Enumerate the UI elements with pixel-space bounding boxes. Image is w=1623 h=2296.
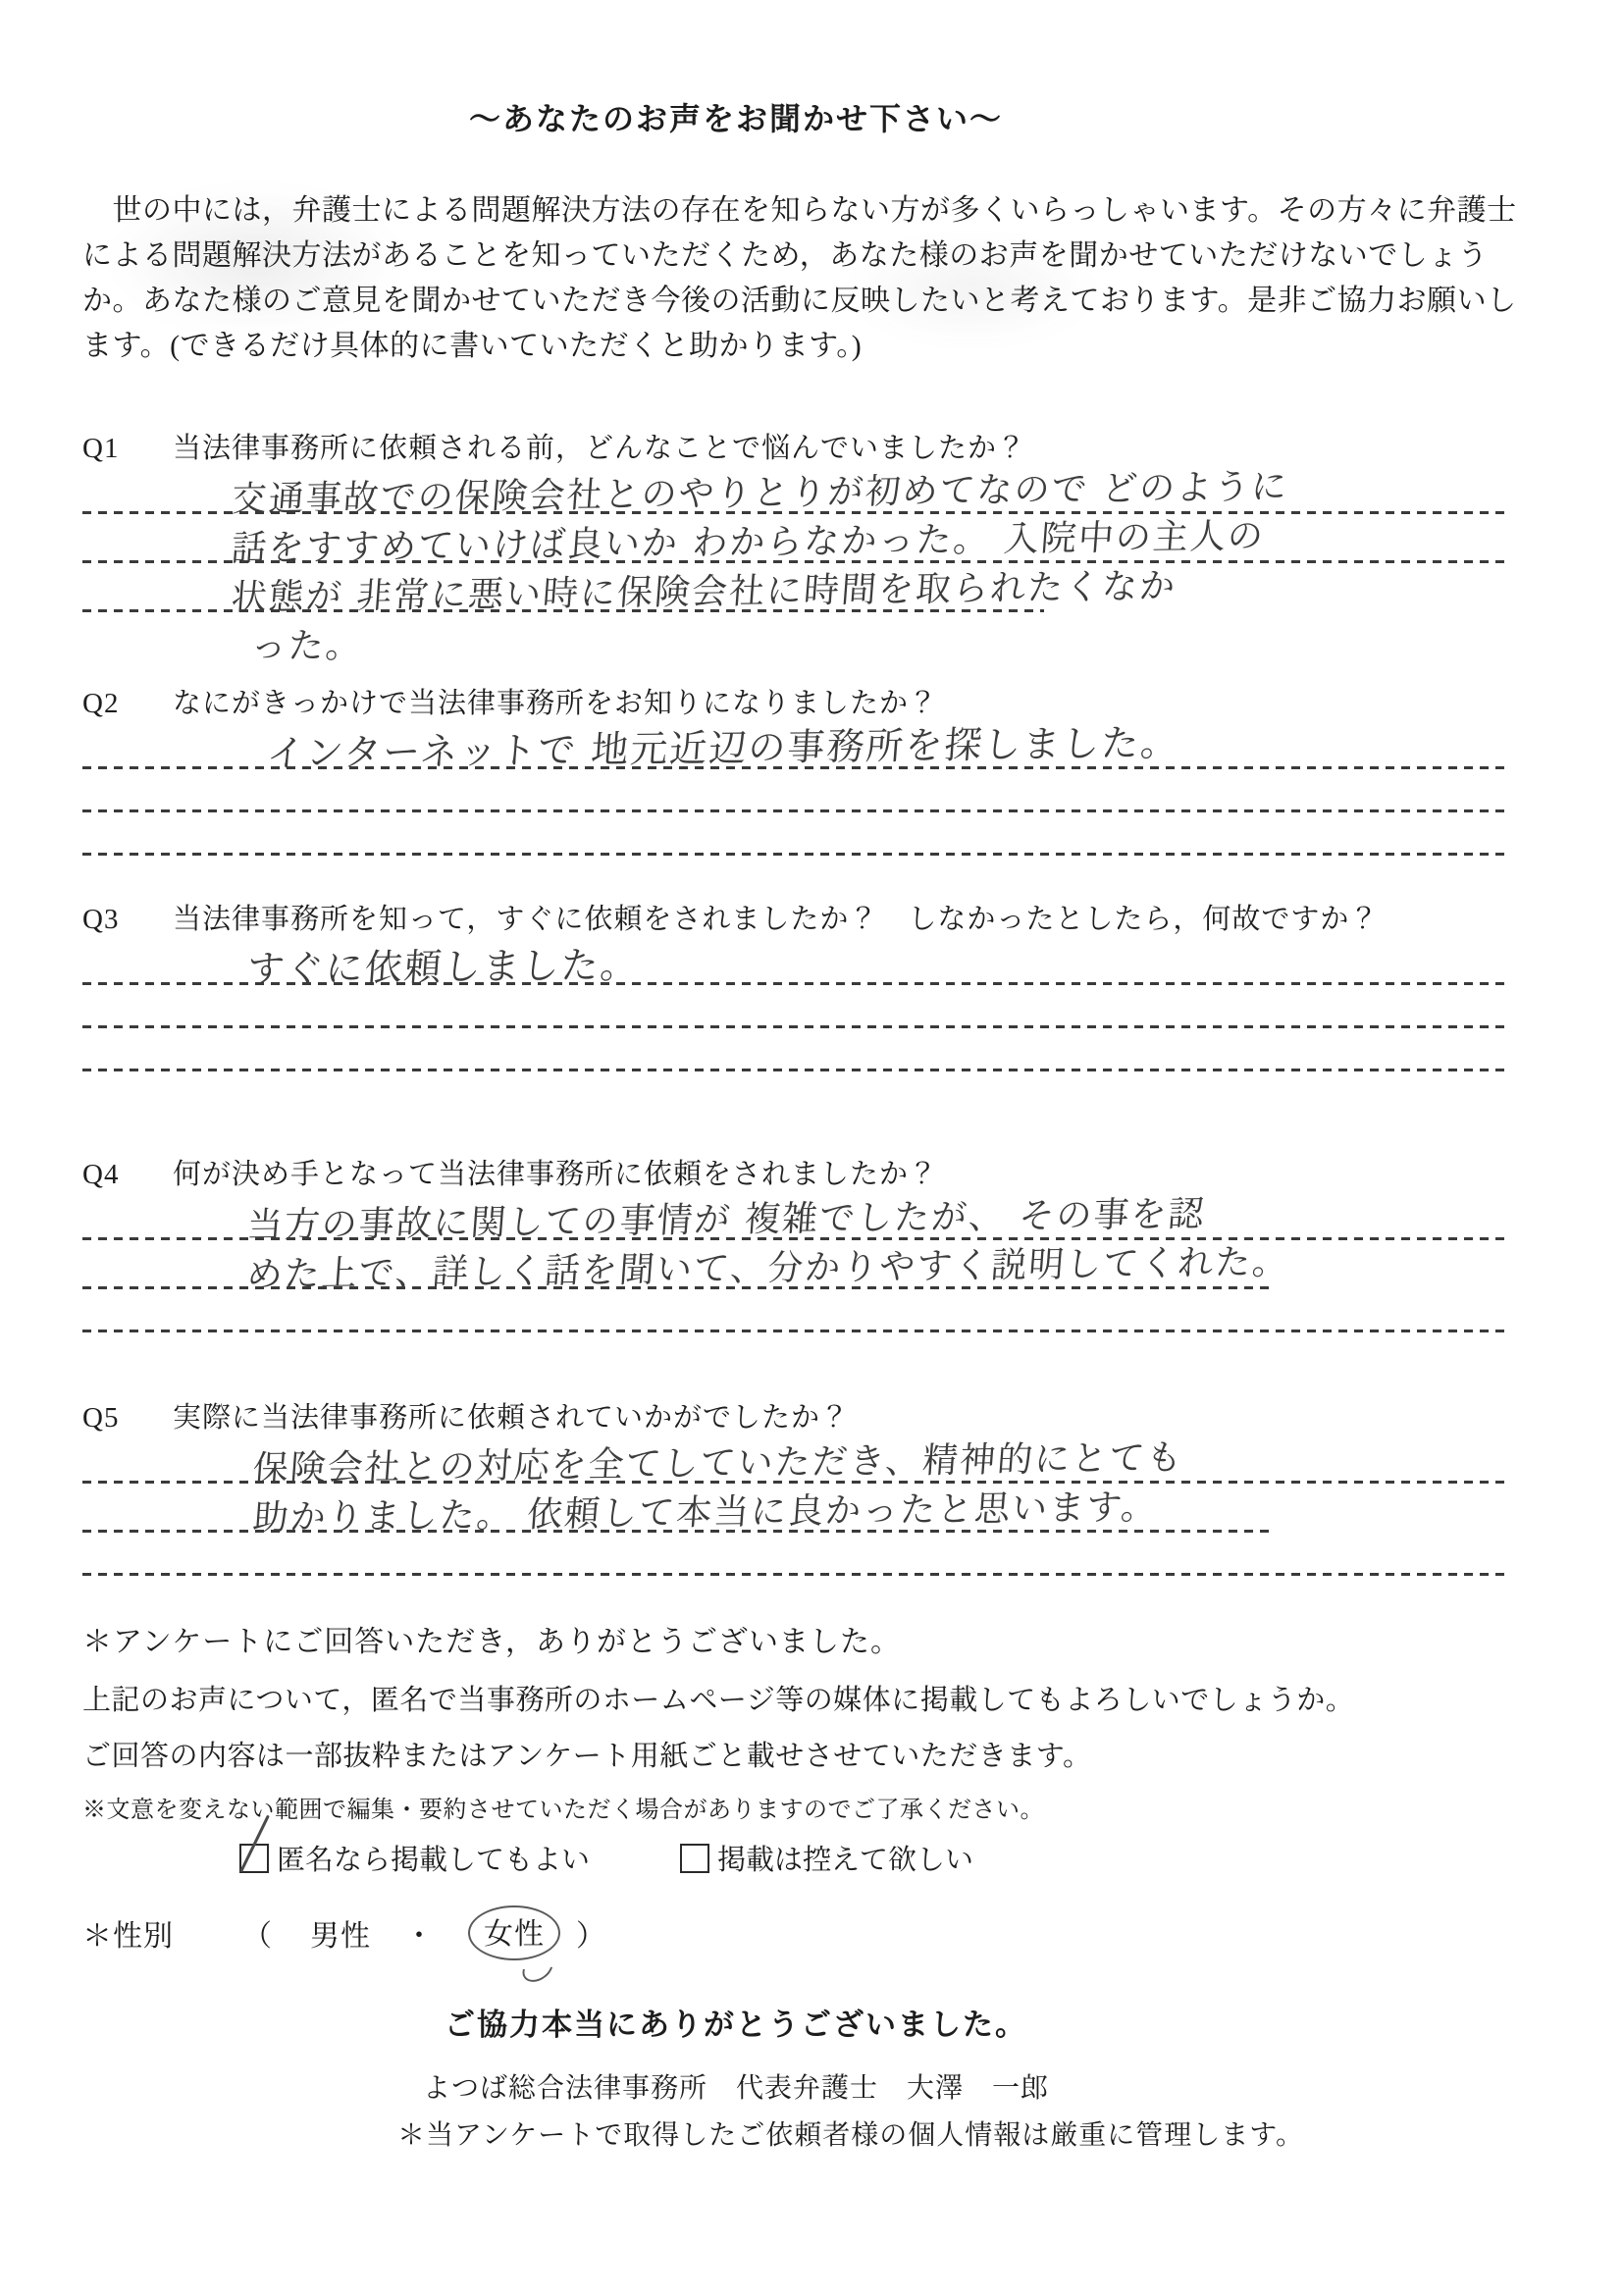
circle-annotation: 女性 [468, 1905, 560, 1960]
answer-line [82, 1028, 1505, 1071]
answer-line: 交通事故での保険会社とのやりとりが初めてなので どのように [82, 465, 1505, 514]
answer-line: めた上で、詳しく話を聞いて、分かりやすく説明してくれた。 [82, 1240, 1505, 1289]
checkbox-icon [680, 1844, 709, 1873]
question-header: Q2 なにがきっかけで当法律事務所をお知りになりましたか？ [82, 687, 1505, 720]
checkbox-label: 匿名なら掲載してもよい [277, 1838, 590, 1878]
handwritten-answer: 助かりました。 依頼して本当に良かったと思います。 [251, 1480, 1160, 1540]
consent-thanks: ＊アンケートにご回答いただき，ありがとうございました。 [82, 1617, 1554, 1660]
handwritten-answer: った。 [249, 618, 365, 669]
intro-paragraph: 世の中には，弁護士による問題解決方法の存在を知らない方が多くいらっしゃいます。そ… [82, 188, 1515, 369]
consent-section: ＊アンケートにご回答いただき，ありがとうございました。 上記のお声について，匿名… [82, 1617, 1554, 1878]
consent-request-line: ご回答の内容は一部抜粋またはアンケート用紙ごと載せさせていただきます。 [82, 1734, 1554, 1774]
handwritten-answer: インターネットで 地元近辺の事務所を探しました。 [265, 712, 1182, 777]
checkbox-option-deny: 掲載は控えて欲しい [680, 1838, 973, 1878]
intro-line: 世の中には，弁護士による問題解決方法の存在を知らない方が多くいらっしゃいます。そ… [82, 188, 1515, 234]
intro-line: か。あなた様のご意見を聞かせていただき今後の活動に反映したいと考えております。是… [82, 279, 1515, 324]
answer-line: 状態が 非常に悪い時に保険会社に時間を取られたくなか [82, 563, 1505, 612]
answer-line: った。 [82, 612, 1505, 661]
handwritten-answer: めた上で、詳しく話を聞いて、分かりやすく説明してくれた。 [245, 1234, 1291, 1297]
question-block-q1: Q1 当法律事務所に依頼される前，どんなことで悩んでいましたか？ 交通事故での保… [82, 432, 1505, 661]
question-block-q2: Q2 なにがきっかけで当法律事務所をお知りになりましたか？ インターネットで 地… [82, 687, 1505, 856]
answer-line [82, 1289, 1505, 1332]
gender-option-male: 男性 [310, 1911, 371, 1955]
question-header: Q4 何が決め手となって当法律事務所に依頼をされましたか？ [82, 1158, 1505, 1191]
answer-line [82, 769, 1505, 812]
gender-section: ＊性別 （ 男性 ・ 女性 ） [82, 1905, 606, 1960]
checkbox-option-allow: 匿名なら掲載してもよい [239, 1838, 590, 1878]
office-signature: よつば総合法律事務所 代表弁護士 大澤 一郎 [0, 2066, 1472, 2106]
question-text: なにがきっかけで当法律事務所をお知りになりましたか？ [173, 687, 938, 720]
gender-open-paren: （ [242, 1911, 273, 1955]
question-block-q3: Q3 当法律事務所を知って，すぐに依頼をされましたか？ しなかったとしたら，何故… [82, 903, 1505, 1071]
consent-note: ※文意を変えない範囲で編集・要約させていただく場合がありますのでご了承ください。 [82, 1790, 1554, 1824]
question-label: Q2 [82, 687, 173, 720]
answer-line: すぐに依頼しました。 [82, 936, 1505, 985]
question-text: 当法律事務所を知って，すぐに依頼をされましたか？ しなかったとしたら，何故ですか… [173, 903, 1379, 936]
answer-line [82, 985, 1505, 1028]
question-block-q4: Q4 何が決め手となって当法律事務所に依頼をされましたか？ 当方の事故に関しての… [82, 1158, 1505, 1332]
question-text: 当法律事務所に依頼される前，どんなことで悩んでいましたか？ [173, 432, 1026, 465]
question-header: Q1 当法律事務所に依頼される前，どんなことで悩んでいましたか？ [82, 432, 1505, 465]
intro-line: による問題解決方法があることを知っていただくため，あなた様のお声を聞かせていただ… [82, 234, 1515, 279]
handwritten-answer: すぐに依頼しました。 [245, 934, 642, 993]
answer-line [82, 1533, 1505, 1576]
checkbox-label: 掲載は控えて欲しい [717, 1838, 973, 1878]
question-text: 何が決め手となって当法律事務所に依頼をされましたか？ [173, 1158, 938, 1191]
answer-line [82, 812, 1505, 856]
page-title: ～あなたのお声をお聞かせ下さい～ [0, 94, 1472, 139]
question-text: 実際に当法律事務所に依頼されていかがでしたか？ [173, 1401, 850, 1435]
answer-line: 助かりました。 依頼して本当に良かったと思います。 [82, 1484, 1505, 1533]
gender-separator: ・ [404, 1911, 435, 1955]
consent-request-line: 上記のお声について，匿名で当事務所のホームページ等の媒体に掲載してもよろしいでし… [82, 1678, 1554, 1718]
gender-close-paren: ） [576, 1911, 606, 1955]
footer-thanks: ご協力本当にありがとうございました。 [0, 2000, 1472, 2044]
question-header: Q3 当法律事務所を知って，すぐに依頼をされましたか？ しなかったとしたら，何故… [82, 903, 1505, 936]
question-block-q5: Q5 実際に当法律事務所に依頼されていかがでしたか？ 保険会社との対応を全てして… [82, 1401, 1505, 1576]
privacy-note: ＊当アンケートで取得したご依頼者様の個人情報は厳重に管理します。 [0, 2113, 1623, 2153]
gender-label: ＊性別 [82, 1911, 174, 1955]
answer-line: インターネットで 地元近辺の事務所を探しました。 [82, 720, 1505, 769]
question-label: Q5 [82, 1401, 173, 1435]
question-label: Q3 [82, 903, 173, 936]
answer-line: 当方の事故に関しての事情が 複雑でしたが、 その事を認 [82, 1191, 1505, 1240]
question-label: Q1 [82, 432, 173, 465]
intro-line: ます。(できるだけ具体的に書いていただくと助かります。) [82, 324, 1515, 369]
handwritten-answer: 状態が 非常に悪い時に保険会社に時間を取られたくなか [230, 558, 1178, 620]
answer-line: 話をすすめていけば良いか わからなかった。 入院中の主人の [82, 514, 1505, 563]
answer-line: 保険会社との対応を全てしていただき、精神的にとても [82, 1435, 1505, 1484]
question-label: Q4 [82, 1158, 173, 1191]
consent-options: 匿名なら掲載してもよい 掲載は控えて欲しい [82, 1838, 1554, 1878]
scanned-survey-page: ～あなたのお声をお聞かせ下さい～ 世の中には，弁護士による問題解決方法の存在を知… [0, 0, 1623, 2296]
gender-option-female: 女性 [468, 1905, 560, 1960]
question-header: Q5 実際に当法律事務所に依頼されていかがでしたか？ [82, 1401, 1505, 1435]
